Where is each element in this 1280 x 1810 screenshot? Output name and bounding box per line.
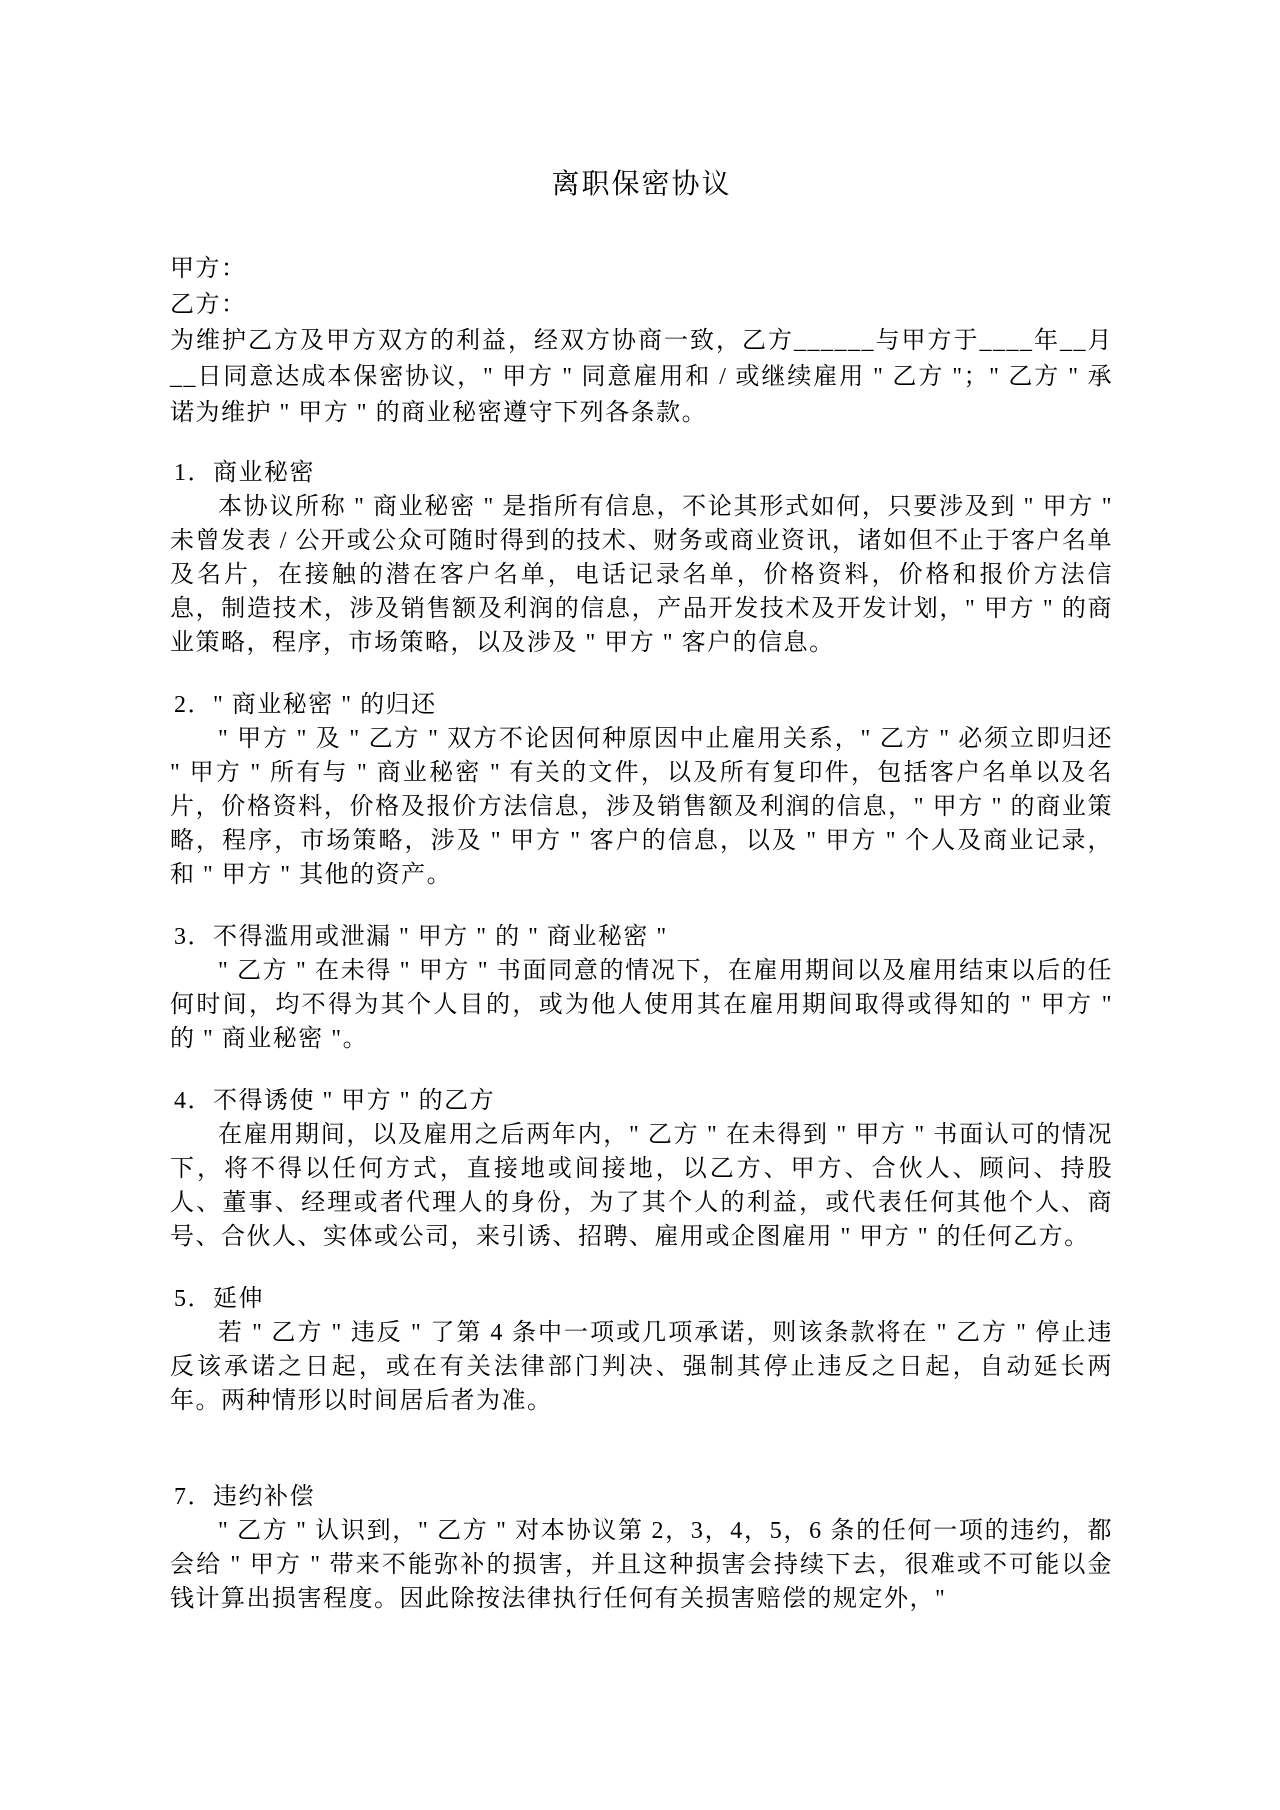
document-title: 离职保密协议 — [170, 168, 1113, 202]
section-no-solicitation: 4．不得诱使 " 甲方 " 的乙方 在雇用期间，以及雇用之后两年内，" 乙方 "… — [170, 1084, 1113, 1254]
document-header-block: 甲方： 乙方： 为维护乙方及甲方双方的利益，经双方协商一致，乙方______与甲… — [170, 251, 1113, 431]
section-heading: 5．延伸 — [170, 1282, 1113, 1316]
section-body: " 乙方 " 在未得 " 甲方 " 书面同意的情况下，在雇用期间以及雇用结束以后… — [170, 954, 1113, 1056]
intro-paragraph: 为维护乙方及甲方双方的利益，经双方协商一致，乙方______与甲方于____年_… — [170, 323, 1113, 431]
section-body: " 乙方 " 认识到，" 乙方 " 对本协议第 2，3，4，5，6 条的任何一项… — [170, 1514, 1113, 1616]
section-body: 在雇用期间，以及雇用之后两年内，" 乙方 " 在未得到 " 甲方 " 书面认可的… — [170, 1118, 1113, 1254]
party-a-label: 甲方： — [170, 251, 1113, 287]
section-heading: 7．违约补偿 — [170, 1480, 1113, 1514]
document-page: 离职保密协议 甲方： 乙方： 为维护乙方及甲方双方的利益，经双方协商一致，乙方_… — [0, 0, 1280, 1810]
party-b-label: 乙方： — [170, 287, 1113, 323]
section-heading: 4．不得诱使 " 甲方 " 的乙方 — [170, 1084, 1113, 1118]
section-business-secret: 1．商业秘密 本协议所称 " 商业秘密 " 是指所有信息，不论其形式如何，只要涉… — [170, 456, 1113, 660]
section-heading: 3．不得滥用或泄漏 " 甲方 " 的 " 商业秘密 " — [170, 920, 1113, 954]
section-extension: 5．延伸 若 " 乙方 " 违反 " 了第 4 条中一项或几项承诺，则该条款将在… — [170, 1282, 1113, 1418]
section-heading: 1．商业秘密 — [170, 456, 1113, 490]
section-breach-compensation: 7．违约补偿 " 乙方 " 认识到，" 乙方 " 对本协议第 2，3，4，5，6… — [170, 1480, 1113, 1616]
section-body: " 甲方 " 及 " 乙方 " 双方不论因何种原因中止雇用关系，" 乙方 " 必… — [170, 722, 1113, 892]
section-body: 若 " 乙方 " 违反 " 了第 4 条中一项或几项承诺，则该条款将在 " 乙方… — [170, 1316, 1113, 1418]
section-return-of-secret: 2．" 商业秘密 " 的归还 " 甲方 " 及 " 乙方 " 双方不论因何种原因… — [170, 688, 1113, 892]
section-body: 本协议所称 " 商业秘密 " 是指所有信息，不论其形式如何，只要涉及到 " 甲方… — [170, 490, 1113, 660]
section-heading: 2．" 商业秘密 " 的归还 — [170, 688, 1113, 722]
section-no-misuse: 3．不得滥用或泄漏 " 甲方 " 的 " 商业秘密 " " 乙方 " 在未得 "… — [170, 920, 1113, 1056]
